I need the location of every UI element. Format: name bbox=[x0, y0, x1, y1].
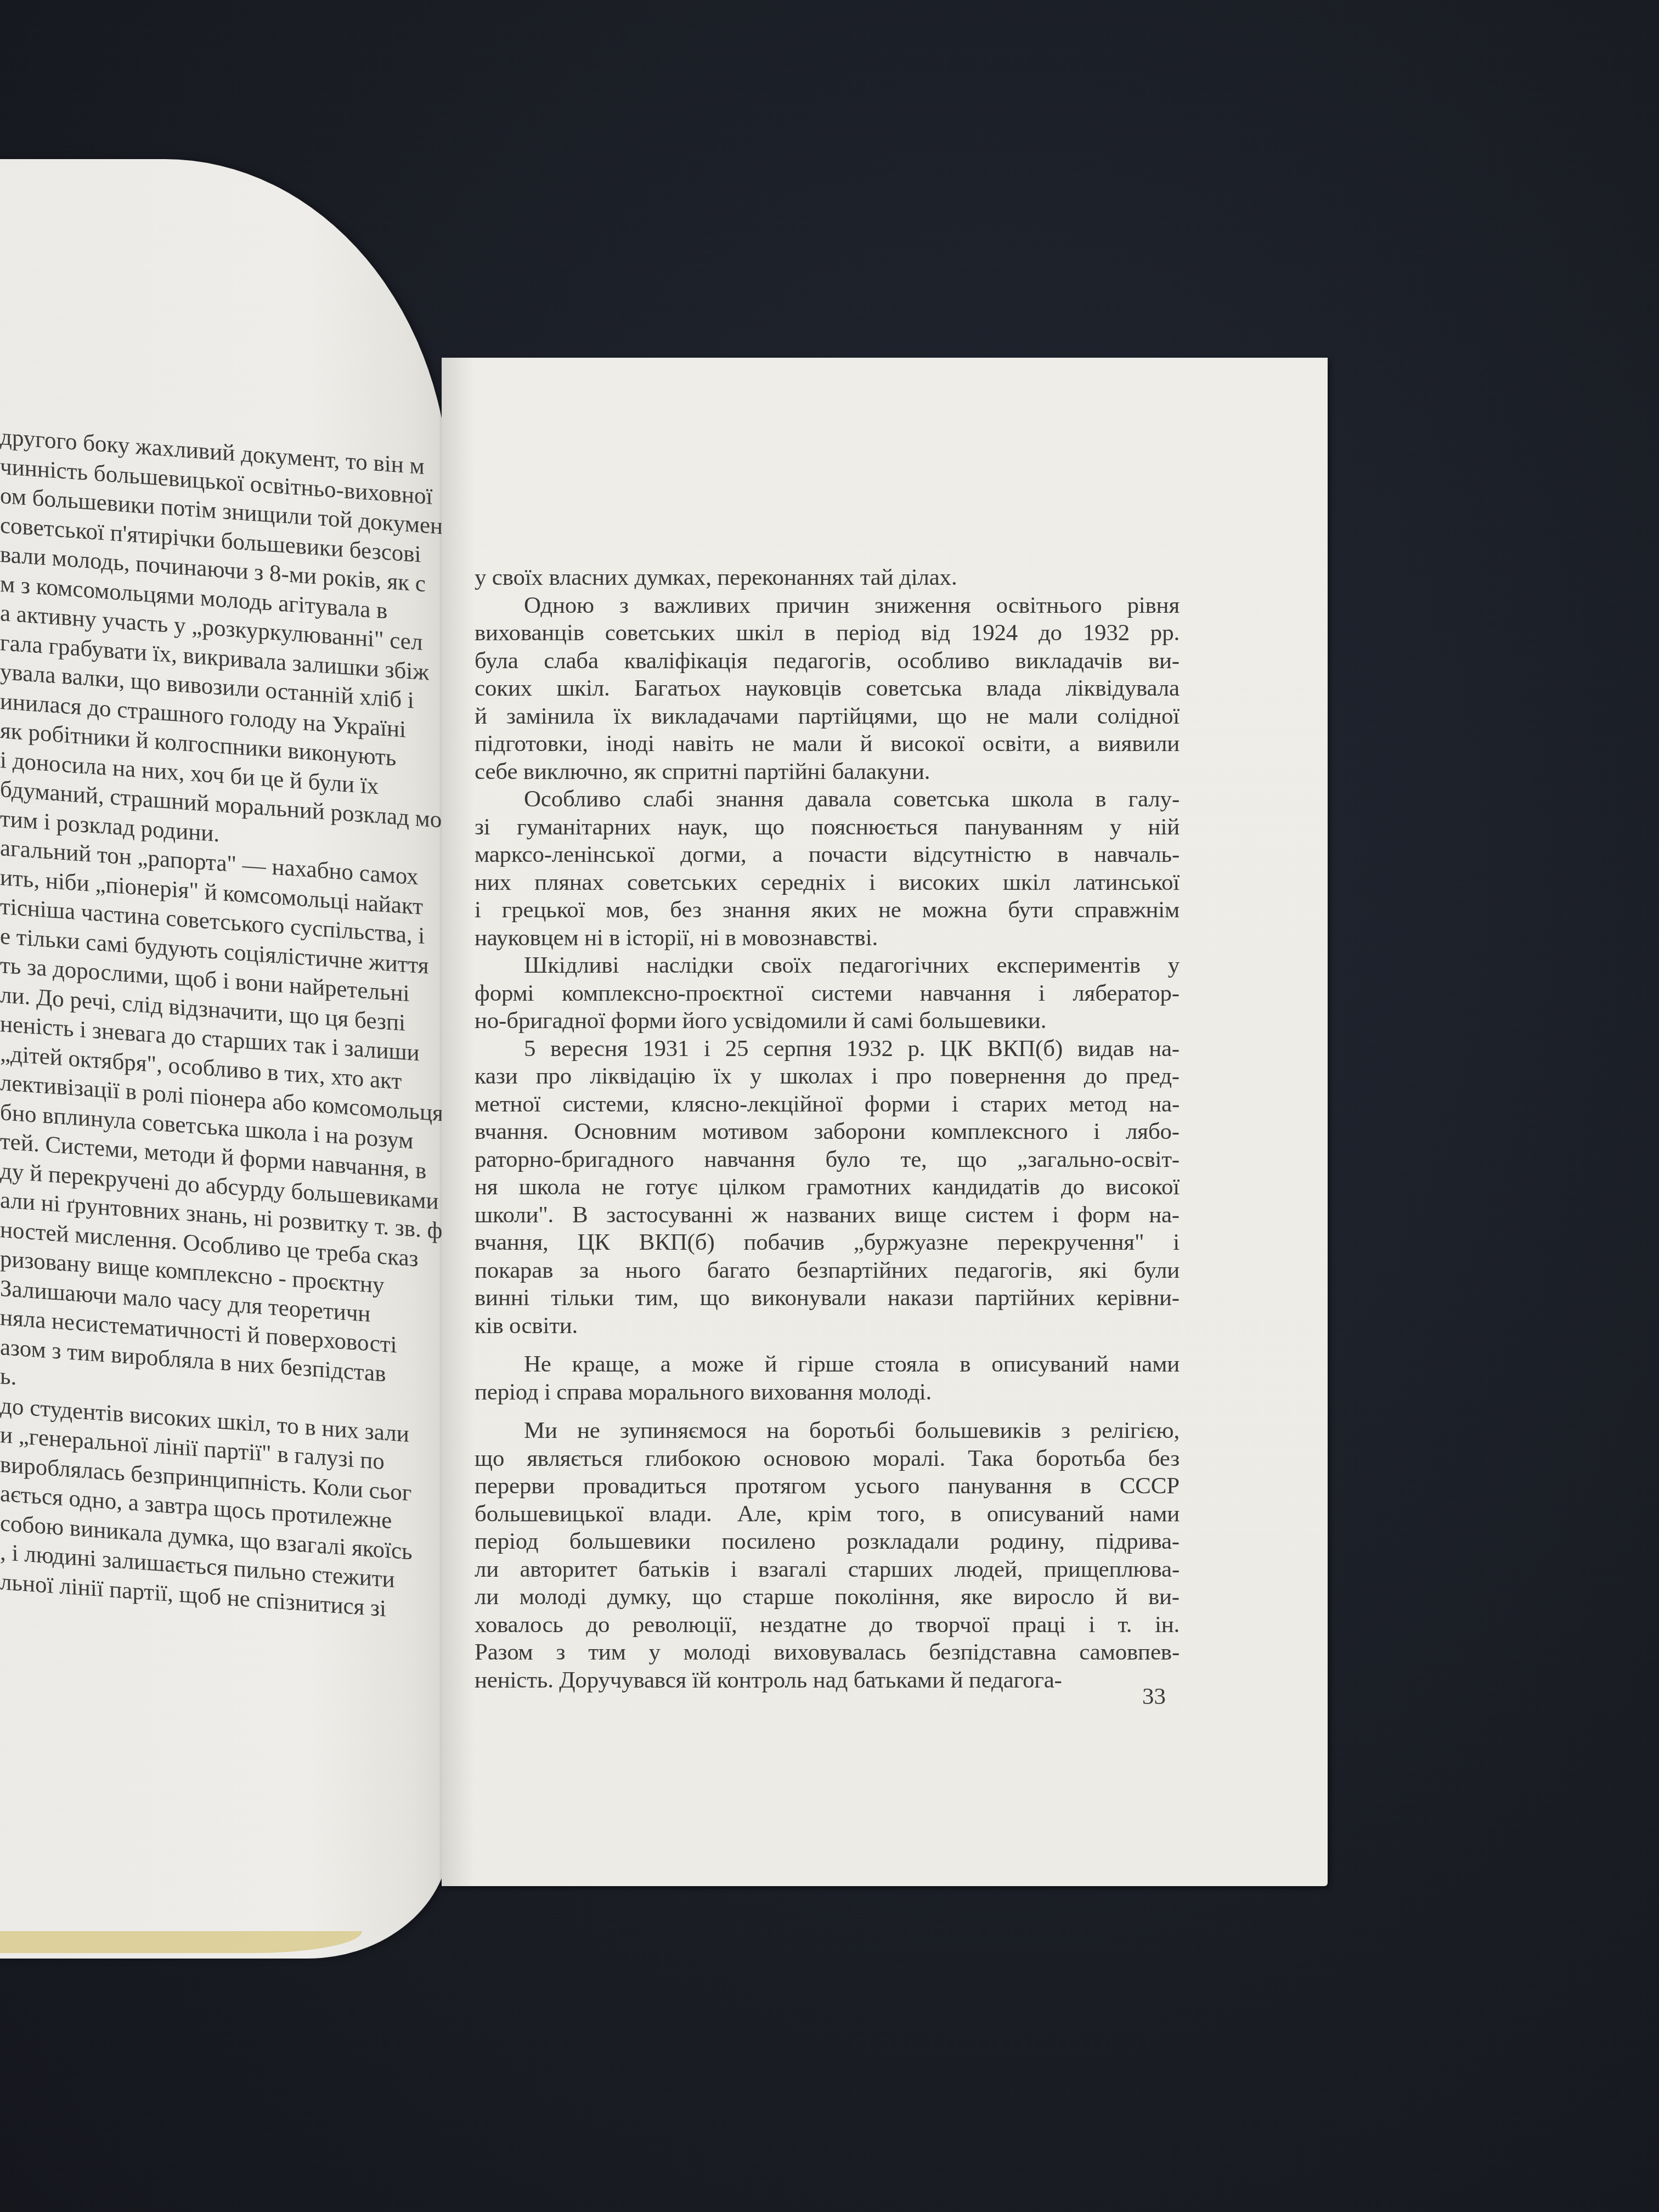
text-line: Ми не зупиняємося на боротьбі большевикі… bbox=[475, 1417, 1180, 1445]
text-line: но-бригадної форми його усвідомили й сам… bbox=[475, 1007, 1180, 1035]
gutter-shadow bbox=[442, 358, 475, 1886]
text-line: зі гуманітарних наук, що пояснюється пан… bbox=[475, 814, 1180, 842]
text-line: Разом з тим у молоді виховувалась безпід… bbox=[475, 1639, 1180, 1667]
paragraph: Особливо слабі знання давала советська ш… bbox=[475, 786, 1180, 952]
text-line: покарав за нього багато безпартійних пед… bbox=[475, 1257, 1180, 1285]
text-line: Одною з важливих причин зниження освітнь… bbox=[475, 592, 1180, 620]
text-line: була слаба кваліфікація педагогів, особл… bbox=[475, 647, 1180, 675]
text-line: вихованців советських шкіл в період від … bbox=[475, 619, 1180, 647]
text-line: школи". В застосуванні ж названих вище с… bbox=[475, 1201, 1180, 1229]
text-line: себе виключно, як спритні партійні балак… bbox=[475, 758, 1180, 786]
right-page-body: у своїх власних думках, переконаннях тай… bbox=[475, 564, 1180, 1694]
text-line: 5 вересня 1931 і 25 серпня 1932 р. ЦК ВК… bbox=[475, 1035, 1180, 1063]
text-line: період і справа морального виховання мол… bbox=[475, 1379, 1180, 1407]
text-line: большевицької влади. Але, крім того, в о… bbox=[475, 1500, 1180, 1528]
text-line: соких шкіл. Багатьох науковців советська… bbox=[475, 675, 1180, 703]
paragraph: Шкідливі наслідки своїх педагогічних екс… bbox=[475, 952, 1180, 1035]
text-line: раторно-бригадного навчання було те, що … bbox=[475, 1146, 1180, 1174]
text-line: неність. Доручувався їй контроль над бат… bbox=[475, 1667, 1180, 1695]
text-line: науковцем ні в історії, ні в мовознавств… bbox=[475, 924, 1180, 952]
text-line: що являється глибокою основою моралі. Та… bbox=[475, 1445, 1180, 1473]
text-line: вчання. Основним мотивом заборони компле… bbox=[475, 1118, 1180, 1146]
text-line: Особливо слабі знання давала советська ш… bbox=[475, 786, 1180, 814]
text-line: ня школа не готує цілком грамотних канди… bbox=[475, 1173, 1180, 1201]
text-line: марксо-ленінської догми, а почасти відсу… bbox=[475, 841, 1180, 869]
paragraph: Ми не зупиняємося на боротьбі большевикі… bbox=[475, 1417, 1180, 1694]
text-line: ховалось до революції, нездатне до творч… bbox=[475, 1611, 1180, 1639]
text-line: метної системи, клясно-лекційної форми і… bbox=[475, 1091, 1180, 1119]
left-page-text: другого боку жахливий документ, то він м… bbox=[0, 422, 450, 1628]
paragraph: Одною з важливих причин зниження освітнь… bbox=[475, 592, 1180, 786]
text-line: ли авторитет батьків і взагалі старших л… bbox=[475, 1556, 1180, 1584]
text-line: винні тільки тим, що виконували накази п… bbox=[475, 1284, 1180, 1312]
text-line: і грецької мов, без знання яких не можна… bbox=[475, 896, 1180, 924]
text-line: й замінила їх викладачами партійцями, що… bbox=[475, 703, 1180, 731]
left-page-gilt-edge bbox=[0, 1931, 362, 1953]
left-page: другого боку жахливий документ, то він м… bbox=[0, 159, 450, 1959]
text-line: Не краще, а може й гірше стояла в описув… bbox=[475, 1351, 1180, 1379]
paragraph: 5 вересня 1931 і 25 серпня 1932 р. ЦК ВК… bbox=[475, 1035, 1180, 1340]
text-line: них плянах советських середніх і високих… bbox=[475, 869, 1180, 897]
paragraph: у своїх власних думках, переконаннях тай… bbox=[475, 564, 1180, 592]
text-line: кази про ліквідацію їх у школах і про по… bbox=[475, 1063, 1180, 1091]
text-line: формі комплексно-проєктної системи навча… bbox=[475, 980, 1180, 1008]
paragraph: Не краще, а може й гірше стояла в описув… bbox=[475, 1351, 1180, 1406]
page-number: 33 bbox=[1142, 1683, 1166, 1710]
text-line: Шкідливі наслідки своїх педагогічних екс… bbox=[475, 952, 1180, 980]
text-line: перерви провадиться протягом усього пану… bbox=[475, 1472, 1180, 1500]
text-line: підготовки, іноді навіть не мали й висок… bbox=[475, 730, 1180, 758]
text-line: у своїх власних думках, переконаннях тай… bbox=[475, 564, 1180, 592]
text-line: період большевики посилено розкладали ро… bbox=[475, 1528, 1180, 1556]
text-line: вчання, ЦК ВКП(б) побачив „буржуазне пер… bbox=[475, 1229, 1180, 1257]
paragraph-spacer bbox=[475, 1406, 1180, 1417]
paragraph-spacer bbox=[475, 1340, 1180, 1351]
text-line: ків освіти. bbox=[475, 1312, 1180, 1340]
text-line: ли молоді думку, що старше покоління, як… bbox=[475, 1583, 1180, 1611]
